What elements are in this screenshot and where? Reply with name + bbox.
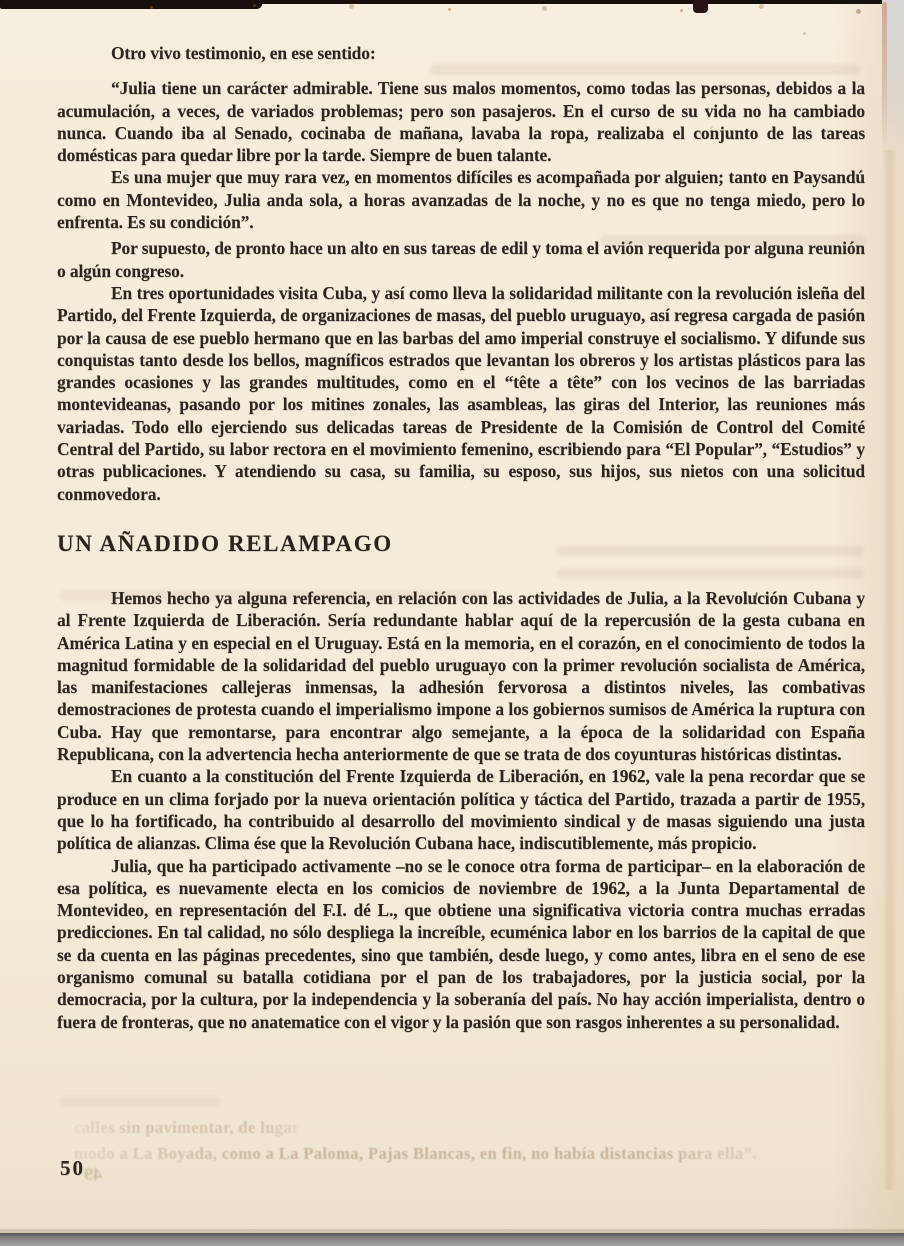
paragraph-junta-departamental: Julia, que ha participado activamente –n… bbox=[57, 855, 865, 1033]
page-number: 50 bbox=[60, 1156, 85, 1181]
page-corner-edge bbox=[882, 2, 887, 162]
paragraph-revolucion-cubana: Hemos hecho ya alguna referencia, en rel… bbox=[57, 587, 865, 765]
page-right-edge-shadow bbox=[882, 150, 898, 1190]
paragraph-cuba-visits: En tres oportunidades visita Cuba, y así… bbox=[57, 282, 865, 505]
quote-paragraph-1: “Julia tiene un carácter admirable. Tien… bbox=[57, 77, 865, 166]
scanned-book-page: Otro vivo testimonio, en ese sentido: “J… bbox=[0, 0, 904, 1246]
scan-top-edge-thick bbox=[0, 0, 262, 9]
bleedthrough-text-line: calles sin pavimentar, de lugar bbox=[74, 1118, 300, 1138]
foxing-specks bbox=[150, 6, 153, 9]
paragraph-intro: Otro vivo testimonio, en ese sentido: bbox=[57, 42, 865, 64]
paragraph-edil: Por supuesto, de pronto hace un alto en … bbox=[57, 237, 865, 282]
quote-paragraph-2: Es una mujer que muy rara vez, en moment… bbox=[57, 166, 865, 233]
scan-bottom-edge bbox=[0, 1233, 904, 1246]
page-text-block: Otro vivo testimonio, en ese sentido: “J… bbox=[57, 42, 865, 1033]
bleedthrough-text-line: modo a La Boyada, como a La Paloma, Paja… bbox=[74, 1144, 757, 1164]
bleedthrough-smudge bbox=[60, 1096, 220, 1106]
section-heading: UN AÑADIDO RELAMPAGO bbox=[57, 531, 865, 557]
scan-top-edge-blob bbox=[693, 0, 708, 13]
paragraph-frente-izquierda: En cuanto a la constitución del Frente I… bbox=[57, 765, 865, 854]
bleedthrough-page-number: 49 bbox=[84, 1164, 102, 1185]
